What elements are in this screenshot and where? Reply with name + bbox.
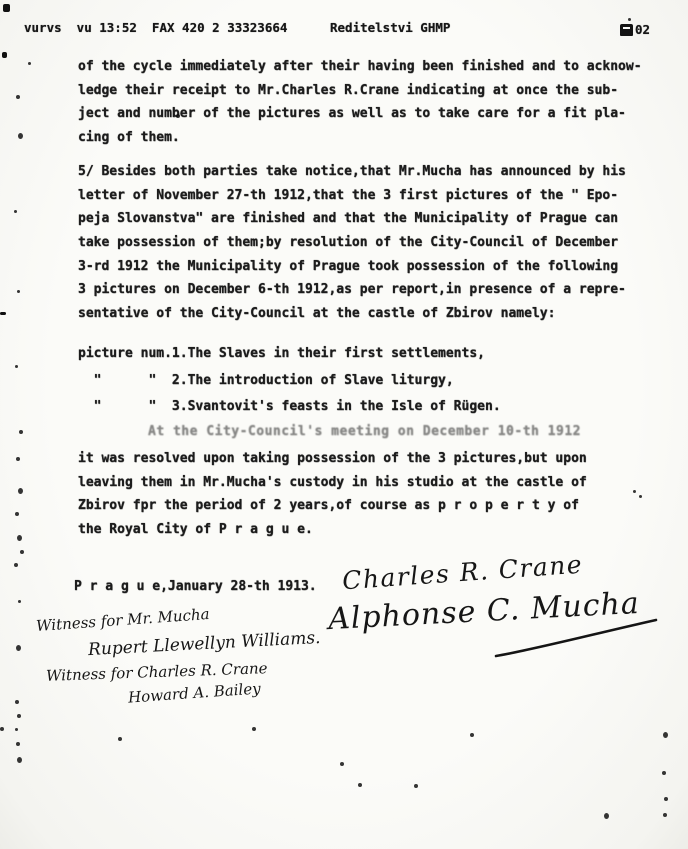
signature-charles-crane: Charles R. Crane [341, 550, 584, 596]
scan-noise-dot [17, 757, 22, 763]
typed-line: ject and number of the pictures as well … [78, 102, 642, 126]
scan-noise-dot [15, 728, 18, 731]
faint-line-city-council-meeting: At the City-Council's meeting on Decembe… [148, 424, 581, 439]
scan-noise-dot [470, 733, 474, 737]
witness-crane-signature: Howard A. Bailey [128, 679, 262, 706]
typed-line: " " 3.Svantovit's feasts in the Isle of … [78, 394, 501, 421]
fax-timestamp: vurvs vu 13:52 FAX 420 2 33323664 [24, 20, 287, 35]
scan-noise-dot [15, 365, 18, 368]
scan-noise-dot [14, 563, 18, 567]
scan-noise-dot [663, 813, 667, 817]
witness-mucha-signature: Rupert Llewellyn Williams. [88, 628, 321, 660]
scan-noise-dot [17, 290, 20, 293]
scan-noise-dot [340, 762, 344, 766]
scan-noise-dot [0, 312, 6, 315]
scan-noise-dot [17, 714, 21, 718]
scan-noise-dot [358, 783, 362, 787]
scan-noise-dot [18, 133, 23, 139]
fax-page-number: 02 [635, 22, 650, 37]
typed-line: take possession of them;by resolution of… [78, 231, 626, 255]
typed-line: of the cycle immediately after their hav… [78, 55, 642, 79]
typed-line: picture num.1.The Slaves in their first … [78, 341, 501, 368]
scan-noise-dot [633, 490, 636, 493]
typed-line: leaving them in Mr.Mucha's custody in hi… [78, 471, 587, 495]
scan-noise-dot [662, 771, 666, 775]
scan-noise-dot [628, 18, 631, 21]
dateline-prague: P r a g u e,January 28-th 1913. [74, 579, 317, 594]
picture-list: picture num.1.The Slaves in their first … [78, 341, 501, 421]
scan-noise-dot [16, 95, 20, 99]
scan-noise-dot [118, 737, 122, 741]
scan-noise-dot [16, 457, 20, 461]
typed-line: Zbirov fpr the period of 2 years,of cour… [78, 494, 587, 518]
scanned-document-page: vurvs vu 13:52 FAX 420 2 33323664 Redite… [0, 0, 688, 849]
typed-line: 3-rd 1912 the Municipality of Prague too… [78, 255, 626, 279]
scan-noise-dot [176, 114, 180, 118]
scan-noise-dot [663, 732, 668, 738]
witness-mucha-label: Witness for Mr. Mucha [36, 605, 210, 635]
typed-line: 3 pictures on December 6-th 1912,as per … [78, 278, 626, 302]
typed-line: 5/ Besides both parties take notice,that… [78, 160, 626, 184]
fax-page-indicator: 02 [620, 22, 650, 37]
scan-noise-dot [3, 4, 10, 12]
scan-noise-dot [15, 700, 19, 704]
scan-noise-dot [639, 495, 642, 498]
paragraph-clause-5: 5/ Besides both parties take notice,that… [78, 160, 626, 326]
fax-sender-name: Reditelstvi GHMP [330, 20, 450, 35]
typed-line: ledge their receipt to Mr.Charles R.Cran… [78, 79, 642, 103]
typed-line: the Royal City of P r a g u e. [78, 518, 587, 542]
signature-flourish [492, 612, 662, 664]
typed-line: sentative of the City-Council at the cas… [78, 302, 626, 326]
scan-noise-dot [604, 813, 609, 819]
scan-noise-dot [664, 797, 668, 801]
scan-noise-dot [18, 488, 23, 494]
scan-noise-dot [2, 52, 7, 58]
scan-noise-dot [18, 600, 21, 603]
scan-noise-dot [414, 784, 418, 788]
paragraph-acknowledgement: of the cycle immediately after their hav… [78, 55, 642, 150]
paragraph-resolution: it was resolved upon taking possession o… [78, 447, 587, 542]
fax-page-icon [620, 24, 633, 36]
scan-noise-dot [28, 62, 31, 65]
scan-noise-dot [15, 512, 19, 516]
scan-noise-dot [14, 210, 17, 213]
scan-noise-dot [0, 727, 4, 731]
scan-noise-dot [16, 645, 21, 651]
scan-noise-dot [17, 535, 22, 541]
typed-line: cing of them. [78, 126, 642, 150]
typed-line: letter of November 27-th 1912,that the 3… [78, 184, 626, 208]
scan-noise-dot [16, 742, 20, 746]
typed-line: it was resolved upon taking possession o… [78, 447, 587, 471]
typed-line: " " 2.The introduction of Slave liturgy, [78, 368, 501, 395]
scan-noise-dot [20, 550, 24, 554]
typed-line: peja Slovanstva" are finished and that t… [78, 207, 626, 231]
scan-noise-dot [252, 727, 256, 731]
scan-noise-dot [19, 430, 23, 434]
